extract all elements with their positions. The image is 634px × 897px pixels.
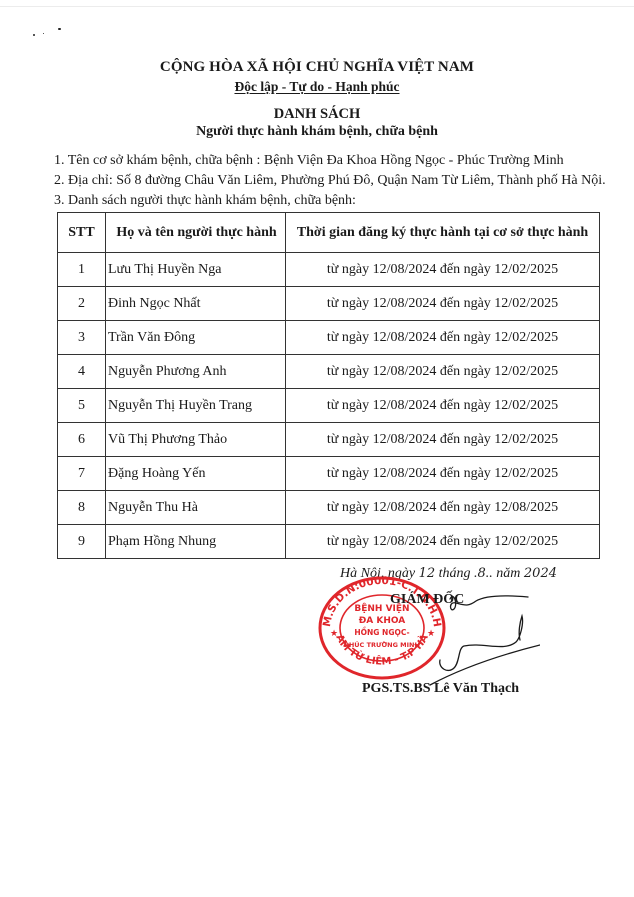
row-stt: 4 (58, 355, 106, 389)
row-stt: 9 (58, 525, 106, 559)
document-subtitle: Người thực hành khám bệnh, chữa bệnh (0, 124, 634, 140)
row-period: từ ngày 12/08/2024 đến ngày 12/02/2025 (286, 423, 600, 457)
date-year-label: .. năm (486, 566, 521, 581)
row-name: Đinh Ngọc Nhất (106, 287, 286, 321)
table-row: 6Vũ Thị Phương Thảotừ ngày 12/08/2024 đế… (58, 423, 600, 457)
row-period: từ ngày 12/08/2024 đến ngày 12/02/2025 (286, 321, 600, 355)
stamp-line-2: ĐA KHOA (359, 616, 406, 626)
row-period: từ ngày 12/08/2024 đến ngày 12/02/2025 (286, 287, 600, 321)
header-stt: STT (58, 213, 106, 253)
list-label: 3. Danh sách người thực hành khám bệnh, … (54, 193, 356, 209)
document-title: DANH SÁCH (0, 106, 634, 123)
row-stt: 8 (58, 491, 106, 525)
row-period: từ ngày 12/08/2024 đến ngày 12/02/2025 (286, 525, 600, 559)
director-title: GIÁM ĐỐC (390, 592, 464, 608)
row-period: từ ngày 12/08/2024 đến ngày 12/08/2025 (286, 491, 600, 525)
national-title: CỘNG HÒA XÃ HỘI CHỦ NGHĨA VIỆT NAM (0, 59, 634, 76)
row-name: Nguyễn Thị Huyền Trang (106, 389, 286, 423)
row-name: Phạm Hồng Nhung (106, 525, 286, 559)
stamp-star-icon: ★ (427, 628, 435, 638)
hospital-stamp: M.S.D.N:00001-C.T.N.H.H Q. NAM TỪ LIÊM -… (316, 574, 448, 682)
table-row: 8Nguyễn Thu Hàtừ ngày 12/08/2024 đến ngà… (58, 491, 600, 525)
stamp-star-icon: ★ (330, 628, 338, 638)
row-name: Trần Văn Đông (106, 321, 286, 355)
table-header-row: STT Họ và tên người thực hành Thời gian … (58, 213, 600, 253)
facility-address: 2. Địa chỉ: Số 8 đường Châu Văn Liêm, Ph… (54, 173, 606, 189)
table-row: 5Nguyễn Thị Huyền Trangtừ ngày 12/08/202… (58, 389, 600, 423)
scan-speck (43, 33, 44, 34)
row-stt: 2 (58, 287, 106, 321)
motto-text: Độc lập - Tự do - Hạnh phúc (234, 79, 399, 94)
date-month: 8 (478, 566, 486, 581)
scan-speck (33, 34, 35, 36)
row-name: Đặng Hoàng Yến (106, 457, 286, 491)
row-stt: 6 (58, 423, 106, 457)
row-stt: 5 (58, 389, 106, 423)
table-row: 4Nguyễn Phương Anhtừ ngày 12/08/2024 đến… (58, 355, 600, 389)
row-name: Vũ Thị Phương Thảo (106, 423, 286, 457)
table-row: 2Đinh Ngọc Nhấttừ ngày 12/08/2024 đến ng… (58, 287, 600, 321)
row-period: từ ngày 12/08/2024 đến ngày 12/02/2025 (286, 457, 600, 491)
stamp-line-4: PHÚC TRƯỜNG MINH (344, 640, 420, 649)
row-stt: 3 (58, 321, 106, 355)
practitioner-table: STT Họ và tên người thực hành Thời gian … (57, 212, 600, 559)
row-period: từ ngày 12/08/2024 đến ngày 12/02/2025 (286, 355, 600, 389)
row-name: Nguyễn Phương Anh (106, 355, 286, 389)
table-row: 1Lưu Thị Huyền Ngatừ ngày 12/08/2024 đến… (58, 253, 600, 287)
national-motto: Độc lập - Tự do - Hạnh phúc (0, 79, 634, 95)
row-stt: 1 (58, 253, 106, 287)
signer-name: PGS.TS.BS Lê Văn Thạch (362, 681, 519, 697)
table-row: 9Phạm Hồng Nhungtừ ngày 12/08/2024 đến n… (58, 525, 600, 559)
date-year: 2024 (524, 566, 557, 581)
table-row: 7Đặng Hoàng Yếntừ ngày 12/08/2024 đến ng… (58, 457, 600, 491)
row-period: từ ngày 12/08/2024 đến ngày 12/02/2025 (286, 253, 600, 287)
row-period: từ ngày 12/08/2024 đến ngày 12/02/2025 (286, 389, 600, 423)
facility-name: 1. Tên cơ sở khám bệnh, chữa bệnh : Bệnh… (54, 153, 564, 169)
table-row: 3Trần Văn Đôngtừ ngày 12/08/2024 đến ngà… (58, 321, 600, 355)
document-page: CỘNG HÒA XÃ HỘI CHỦ NGHĨA VIỆT NAM Độc l… (0, 0, 634, 897)
scan-edge (0, 6, 634, 7)
scan-speck (58, 28, 61, 30)
row-stt: 7 (58, 457, 106, 491)
header-period: Thời gian đăng ký thực hành tại cơ sở th… (286, 213, 600, 253)
stamp-line-3: HỒNG NGỌC- (354, 627, 409, 637)
row-name: Nguyễn Thu Hà (106, 491, 286, 525)
header-name: Họ và tên người thực hành (106, 213, 286, 253)
row-name: Lưu Thị Huyền Nga (106, 253, 286, 287)
